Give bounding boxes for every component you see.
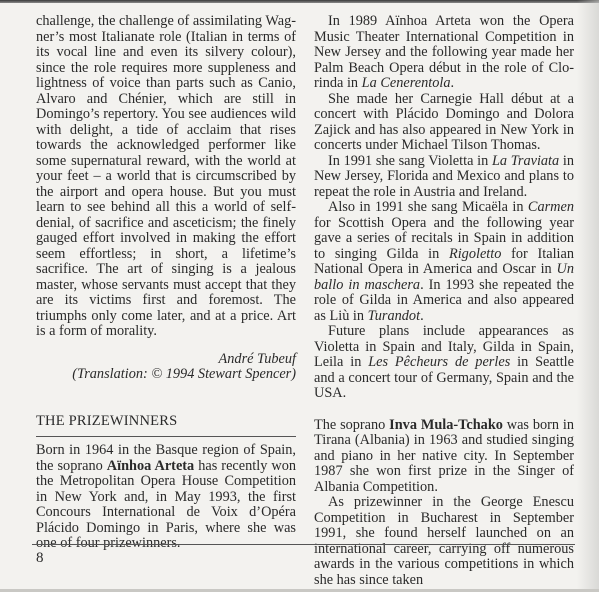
paragraph: Also in 1991 she sang Micaëla in Carmen … [314,200,574,324]
paragraph: As prizewinner in the George Enescu Com­… [314,495,574,588]
page-top-edge [0,0,599,3]
singer-name: Aïnhoa Arteta [107,458,194,474]
author-signature: André Tubeuf [36,352,296,368]
page-number: 8 [36,550,44,567]
paragraph: She made her Carnegie Hall début at a co… [314,92,574,154]
page-right-shadow [577,0,599,592]
left-column: challenge, the challenge of assimilating… [36,14,296,383]
opera-title: La Traviata [492,153,559,169]
singer-name: Inva Mula-Tchako [389,417,503,433]
opera-title: La Cenerentola [362,75,451,91]
right-column: In 1989 Aïnhoa Arteta won the Opera Musi… [314,14,574,588]
opera-title: Les Pêcheurs de perles [368,354,510,370]
prizewinner-intro: Born in 1964 in the Basque region of Spa… [36,443,296,552]
section-heading: THE PRIZEWINNERS [36,413,296,437]
paragraph: The soprano Inva Mula-Tchako was born in… [314,418,574,496]
opera-title: Turandot [368,308,420,324]
opera-title: Rigoletto [449,246,501,262]
paragraph: In 1989 Aïnhoa Arteta won the Opera Musi… [314,14,574,92]
opera-title: Carmen [528,199,574,215]
paragraph: In 1991 she sang Violetta in La Traviata… [314,154,574,201]
translation-credit: (Translation: © 1994 Stewart Spencer) [36,367,296,383]
essay-paragraph: challenge, the challenge of assimilating… [36,14,296,340]
footer-rule [32,544,575,545]
paragraph: Future plans include appearances as Viol… [314,324,574,402]
